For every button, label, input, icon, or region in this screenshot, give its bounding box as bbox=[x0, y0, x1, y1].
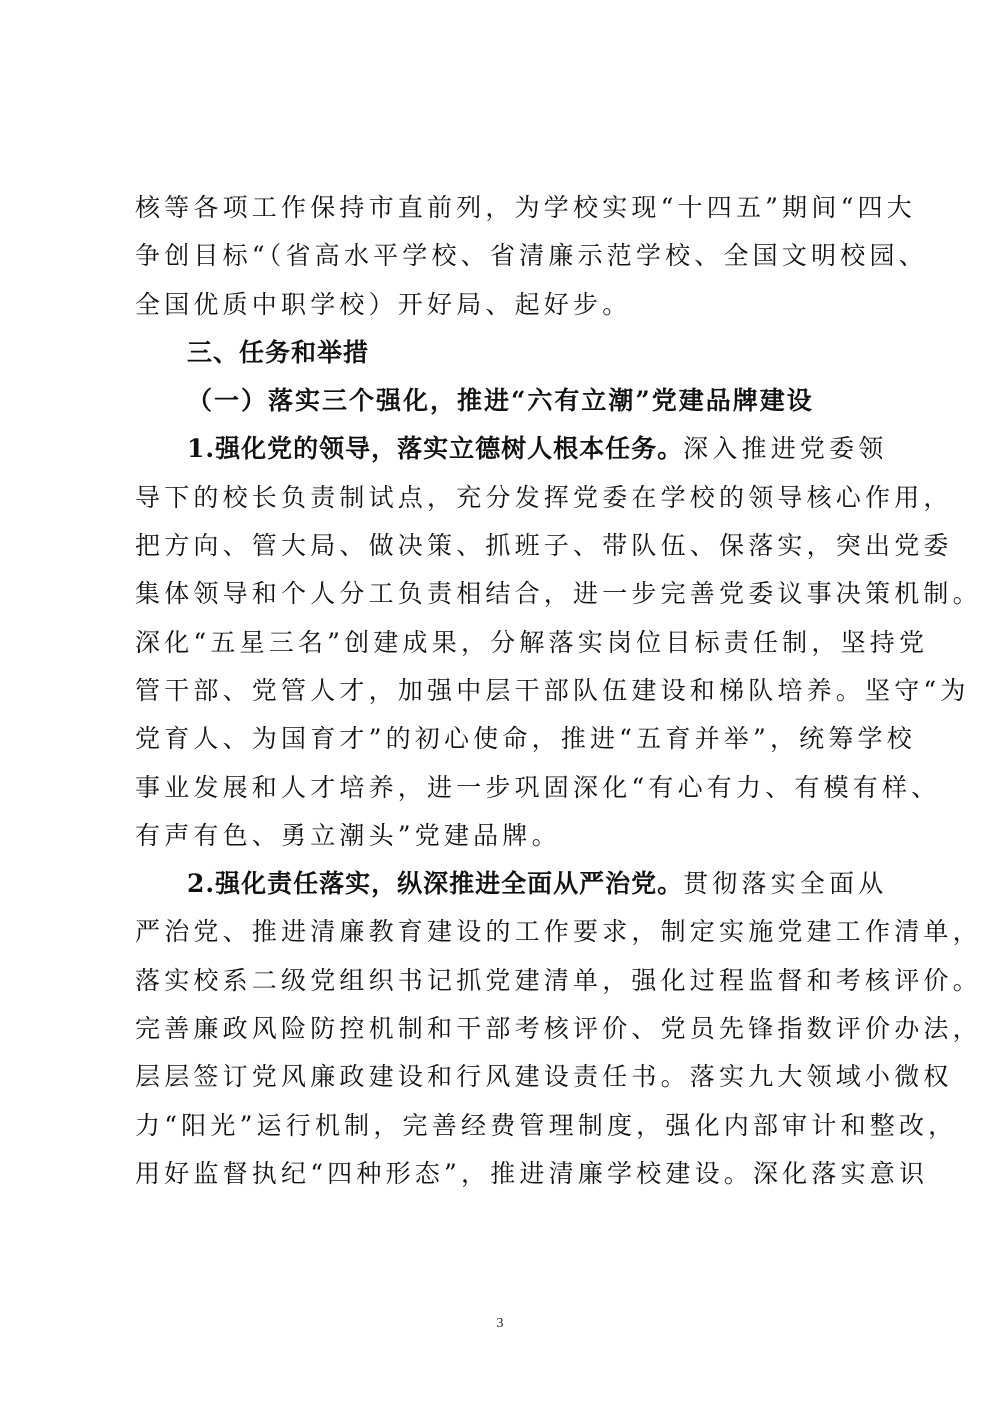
item2-lead: 2.强化责任落实，纵深推进全面从严治党。 bbox=[187, 869, 683, 898]
body-line: 用好监督执纪“四种形态”，推进清廉学校建设。深化落实意识 bbox=[135, 1150, 880, 1198]
body-line: 把方向、管大局、做决策、抓班子、带队伍、保落实，突出党委 bbox=[135, 522, 880, 570]
item2-first-line: 2.强化责任落实，纵深推进全面从严治党。贯彻落实全面从 bbox=[135, 860, 880, 908]
body-line: 管干部、党管人才，加强中层干部队伍建设和梯队培养。坚守“为 bbox=[135, 667, 880, 715]
body-line: 核等各项工作保持市直前列，为学校实现“十四五”期间“四大 bbox=[135, 184, 880, 232]
body-line: 深化“五星三名”创建成果，分解落实岗位目标责任制，坚持党 bbox=[135, 619, 880, 667]
item2-first-rest: 贯彻落实全面从 bbox=[683, 869, 887, 898]
body-line: 落实校系二级党组织书记抓党建清单，强化过程监督和考核评价。 bbox=[135, 957, 880, 1005]
body-line: 力“阳光”运行机制，完善经费管理制度，强化内部审计和整改， bbox=[135, 1102, 880, 1150]
body-line: 导下的校长负责制试点，充分发挥党委在学校的领导核心作用， bbox=[135, 474, 880, 522]
body-line: 集体领导和个人分工负责相结合，进一步完善党委议事决策机制。 bbox=[135, 570, 880, 618]
body-line: 层层签订党风廉政建设和行风建设责任书。落实九大领域小微权 bbox=[135, 1053, 880, 1101]
subsection-heading: （一）落实三个强化，推进“六有立潮”党建品牌建设 bbox=[135, 377, 880, 425]
body-line: 严治党、推进清廉教育建设的工作要求，制定实施党建工作清单， bbox=[135, 908, 880, 956]
body-line: 事业发展和人才培养，进一步巩固深化“有心有力、有模有样、 bbox=[135, 764, 880, 812]
body-line: 争创目标“（省高水平学校、省清廉示范学校、全国文明校园、 bbox=[135, 232, 880, 280]
body-line: 有声有色、勇立潮头”党建品牌。 bbox=[135, 812, 880, 860]
item1-lead: 1.强化党的领导，落实立德树人根本任务。 bbox=[187, 434, 683, 463]
section-heading: 三、任务和举措 bbox=[135, 329, 880, 377]
body-line: 全国优质中职学校）开好局、起好步。 bbox=[135, 281, 880, 329]
body-line: 党育人、为国育才”的初心使命，推进“五育并举”，统筹学校 bbox=[135, 715, 880, 763]
document-page: 核等各项工作保持市直前列，为学校实现“十四五”期间“四大 争创目标“（省高水平学… bbox=[135, 184, 880, 1198]
item1-first-rest: 深入推进党委领 bbox=[683, 434, 887, 463]
page-number: 3 bbox=[0, 1316, 1000, 1332]
body-line: 完善廉政风险防控机制和干部考核评价、党员先锋指数评价办法， bbox=[135, 1005, 880, 1053]
item1-first-line: 1.强化党的领导，落实立德树人根本任务。深入推进党委领 bbox=[135, 425, 880, 473]
